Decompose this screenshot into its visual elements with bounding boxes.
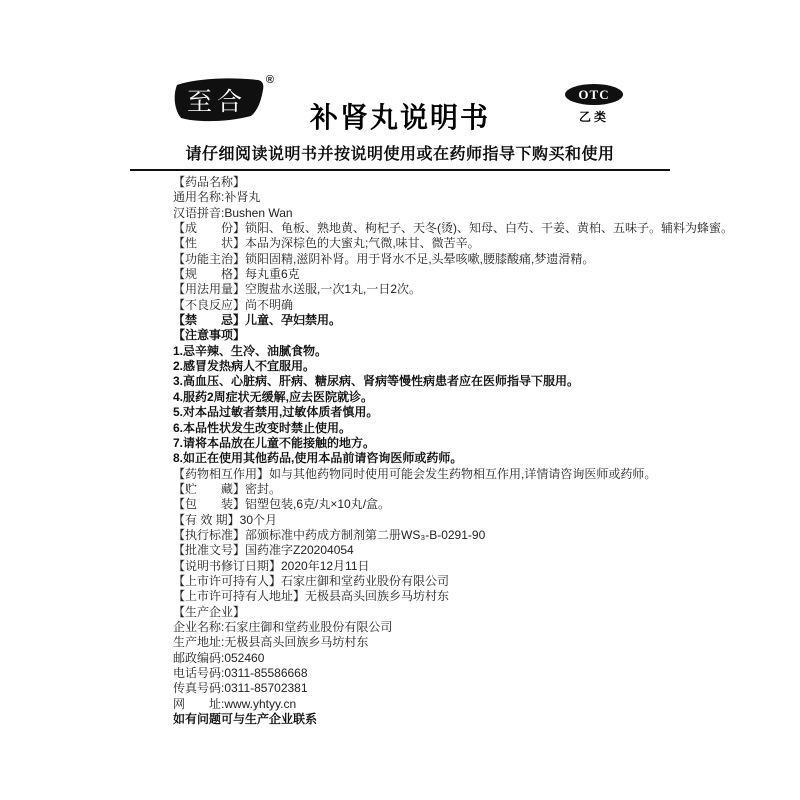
body-line: 5.对本品过敏者禁用,过敏体质者慎用。 [173, 405, 670, 420]
body-line: 【药物相互作用】如与其他药物同时使用可能会发生药物相互作用,详情请咨询医师或药师… [173, 467, 670, 482]
body-line: 【功能主治】锁阳固精,滋阴补肾。用于肾水不足,头晕咳嗽,腰膝酸痛,梦遗滑精。 [173, 252, 670, 267]
body-line: 【说明书修订日期】2020年12月11日 [173, 559, 670, 574]
body-line: 通用名称:补肾丸 [173, 190, 670, 205]
otc-badge: OTC 乙类 [564, 84, 624, 125]
body-line: 【批准文号】国药准字Z20204054 [173, 543, 670, 558]
body-line: 汉语拼音:Bushen Wan [173, 206, 670, 221]
otc-label: OTC [565, 84, 623, 105]
body-line: 8.如正在使用其他药品,使用本品前请咨询医师或药师。 [173, 451, 670, 466]
body-line: 电话号码:0311-85586668 [173, 666, 670, 681]
body-line: 【规 格】每丸重6克 [173, 267, 670, 282]
body-line: 4.服药2周症状无缓解,应去医院就诊。 [173, 390, 670, 405]
divider-rule [130, 169, 670, 171]
body-line: 邮政编码:052460 [173, 651, 670, 666]
body-line: 生产地址:无极县高头回族乡马坊村东 [173, 635, 670, 650]
body-line: 【有 效 期】30个月 [173, 513, 670, 528]
body-line: 【上市许可持有人地址】无极县高头回族乡马坊村东 [173, 589, 670, 604]
leaflet-sheet: 至合 ® 补肾丸说明书 OTC 乙类 请仔细阅读说明书并按说明使用或在药师指导下… [130, 75, 670, 727]
registered-trademark-symbol: ® [266, 74, 274, 86]
body-line: 7.请将本品放在儿童不能接触的地方。 [173, 436, 670, 451]
body-line: 【性 状】本品为深棕色的大蜜丸;气微,味甘、微苦辛。 [173, 236, 670, 251]
leaflet-page: 至合 ® 补肾丸说明书 OTC 乙类 请仔细阅读说明书并按说明使用或在药师指导下… [0, 0, 800, 800]
leaflet-header: 至合 ® 补肾丸说明书 OTC 乙类 [130, 75, 670, 139]
body-line: 如有问题可与生产企业联系 [173, 712, 670, 727]
body-line: 【成 份】锁阳、龟板、熟地黄、枸杞子、天冬(烫)、知母、白芍、干姜、黄柏、五味子… [173, 221, 670, 236]
body-line: 【用法用量】空腹盐水送服,一次1丸,一日2次。 [173, 282, 670, 297]
body-line: 【禁 忌】儿童、孕妇禁用。 [173, 313, 670, 328]
otc-category: 乙类 [564, 108, 624, 125]
body-line: 网 址:www.yhtyy.cn [173, 697, 670, 712]
body-line: 【药品名称】 [173, 175, 670, 190]
body-line: 传真号码:0311-85702381 [173, 681, 670, 696]
body-line: 【不良反应】尚不明确 [173, 298, 670, 313]
usage-notice: 请仔细阅读说明书并按说明使用或在药师指导下购买和使用 [130, 141, 670, 164]
body-line: 【上市许可持有人】石家庄御和堂药业股份有限公司 [173, 574, 670, 589]
body-line: 企业名称:石家庄御和堂药业股份有限公司 [173, 620, 670, 635]
body-line: 【生产企业】 [173, 605, 670, 620]
body-line: 2.感冒发热病人不宜服用。 [173, 359, 670, 374]
leaflet-body: 【药品名称】通用名称:补肾丸汉语拼音:Bushen Wan【成 份】锁阳、龟板、… [130, 175, 670, 727]
body-line: 【注意事项】 [173, 328, 670, 343]
body-line: 【执行标准】部颁标准中药成方制剂第二册WS₃-B-0291-90 [173, 528, 670, 543]
body-line: 【包 装】铝塑包装,6克/丸×10丸/盒。 [173, 497, 670, 512]
body-line: 6.本品性状发生改变时禁止使用。 [173, 421, 670, 436]
body-line: 3.高血压、心脏病、肝病、糖尿病、肾病等慢性病患者应在医师指导下服用。 [173, 374, 670, 389]
body-line: 【贮 藏】密封。 [173, 482, 670, 497]
body-line: 1.忌辛辣、生冷、油腻食物。 [173, 344, 670, 359]
